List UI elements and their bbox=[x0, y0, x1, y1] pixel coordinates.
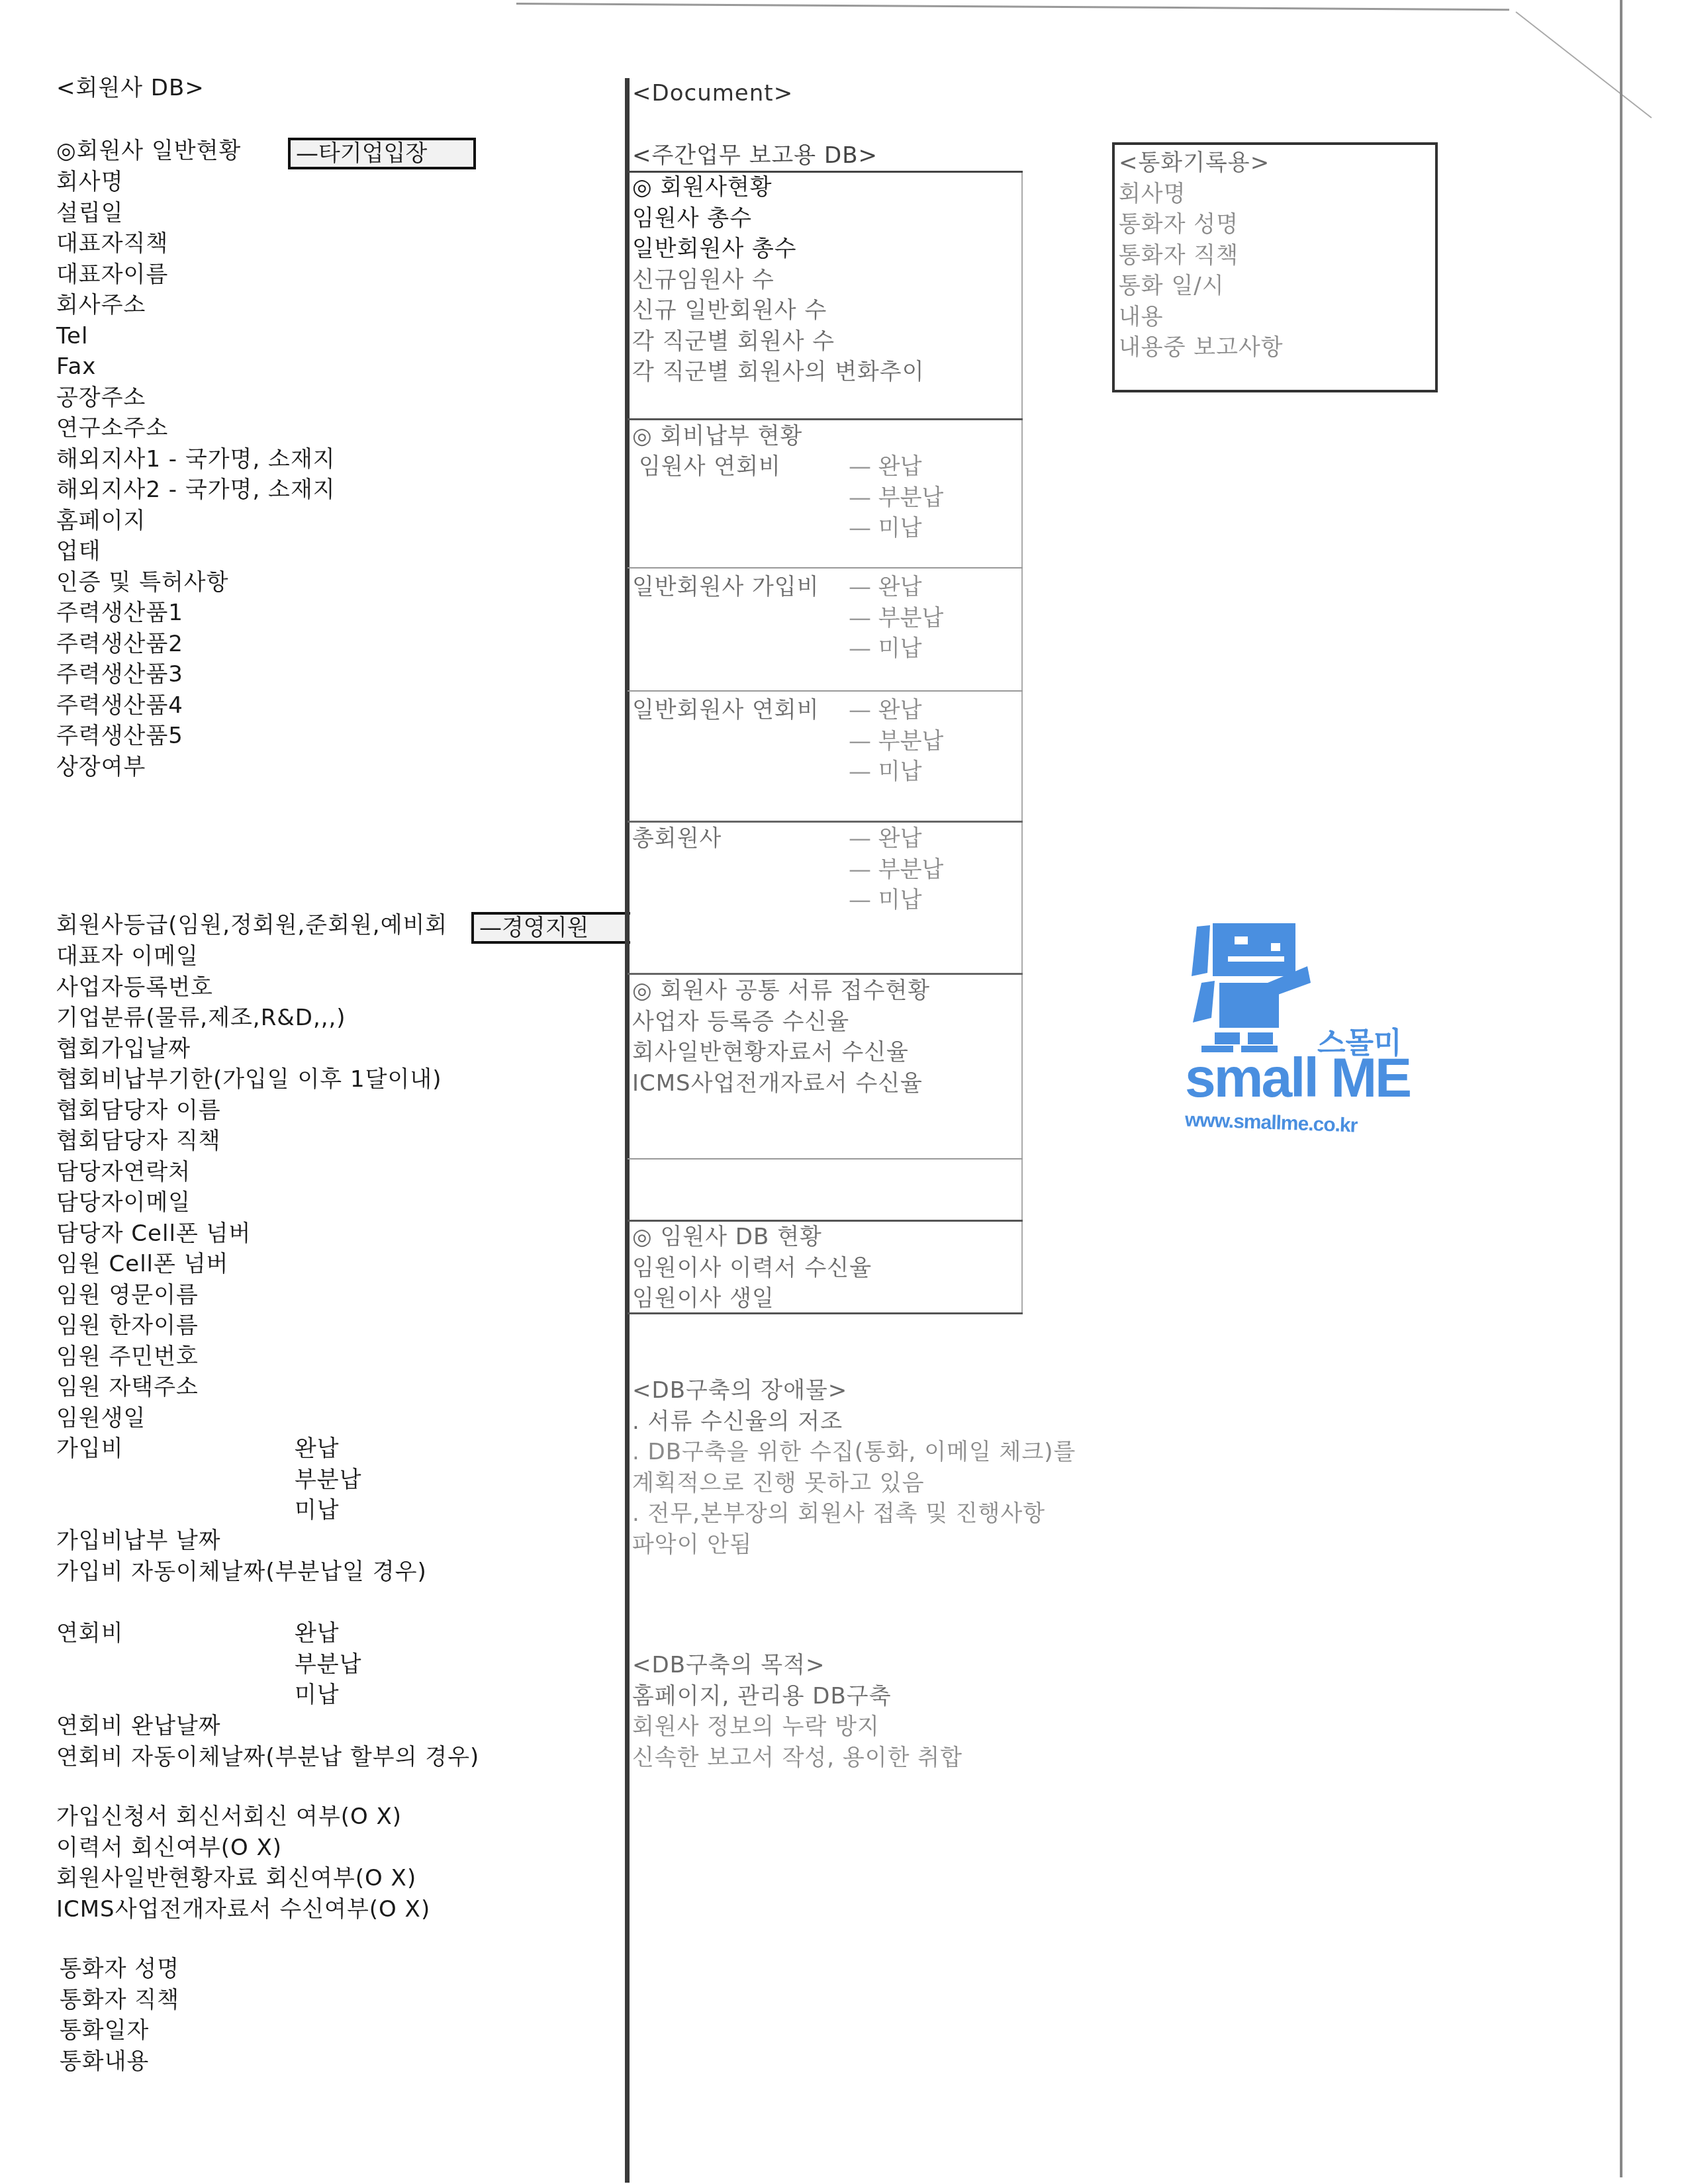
top-fold-line bbox=[516, 3, 1509, 11]
list-item: 기업분류(물류,제조,R&D,,,) bbox=[56, 1003, 442, 1034]
option-paid: 완납 bbox=[849, 451, 943, 482]
list-item: 이력서 회신여부(O X) bbox=[56, 1833, 430, 1864]
section-heading: ◎ 임원사 DB 현황 bbox=[632, 1222, 872, 1253]
call-list: 통화자 성명 통화자 직책 통화일자 통화내용 bbox=[60, 1954, 179, 2077]
section-title: <DB구축의 목적> bbox=[632, 1650, 962, 1681]
list-item: . 서류 수신율의 저조 bbox=[632, 1406, 1076, 1437]
section-heading: ◎ 회원사 공통 서류 접수현황 bbox=[632, 976, 930, 1007]
list-item: 홈페이지 bbox=[56, 506, 336, 537]
corner-fold-line bbox=[1515, 11, 1652, 118]
logo-brand: small ME bbox=[1185, 1046, 1410, 1110]
list-item: 각 직군별 회원사 수 bbox=[632, 326, 925, 357]
list-item: . DB구축을 위한 수집(통화, 이메일 체크)를 bbox=[632, 1437, 1076, 1468]
general-status-list: 회사명 설립일 대표자직책 대표자이름 회사주소 Tel Fax 공장주소 연구… bbox=[56, 167, 336, 782]
list-item: 회사일반현황자료서 수신율 bbox=[632, 1037, 930, 1068]
list-item: 연구소주소 bbox=[56, 413, 336, 444]
section-heading: ◎ 회원사현황 bbox=[632, 172, 925, 203]
option-partial: 부분납 bbox=[849, 726, 943, 757]
list-item: 주력생산품2 bbox=[56, 629, 336, 660]
list-item: 주력생산품5 bbox=[56, 721, 336, 752]
list-item: 임원 Cell폰 넘버 bbox=[56, 1249, 442, 1280]
member-grade-item: 회원사등급(임원,정회원,준회원,예비회 bbox=[56, 910, 473, 941]
option-paid: 완납 bbox=[849, 695, 943, 726]
list-item: 통화내용 bbox=[60, 2046, 179, 2077]
logo-url: www.smallme.co.kr bbox=[1184, 1109, 1357, 1137]
list-item: 해외지사1 - 국가명, 소재지 bbox=[56, 444, 336, 475]
divider bbox=[628, 690, 1023, 692]
list-item: 회사명 bbox=[56, 167, 336, 198]
list-item: 회사명 bbox=[1119, 179, 1431, 210]
list-item: 통화 일/시 bbox=[1119, 271, 1431, 302]
annual-fee-options: 완납 부분납 미납 bbox=[295, 1618, 362, 1711]
list-item: 협회담당자 이름 bbox=[56, 1095, 442, 1126]
list-item: 회원사 정보의 누락 방지 bbox=[632, 1711, 962, 1743]
option-unpaid: 미납 bbox=[849, 756, 943, 788]
option-partial: 부분납 bbox=[295, 1465, 362, 1496]
fee-status-heading: ◎ 회비납부 현황 bbox=[632, 421, 802, 452]
list-item: 임원생일 bbox=[56, 1403, 442, 1434]
management-list: 대표자 이메일 사업자등록번호 기업분류(물류,제조,R&D,,,) 협회가입날… bbox=[56, 941, 442, 1433]
list-item: 가입신청서 회신서회신 여부(O X) bbox=[56, 1801, 430, 1833]
list-item: 연회비 자동이체날짜(부분납 할부의 경우) bbox=[56, 1742, 479, 1773]
list-item: 대표자직책 bbox=[56, 228, 336, 259]
box-title: <통화기록용> bbox=[1119, 148, 1431, 179]
weekly-box-right-border bbox=[1021, 171, 1023, 1314]
divider bbox=[628, 418, 1023, 420]
left-title: <회원사 DB> bbox=[56, 73, 205, 104]
fee-group-options: 완납 부분납 미납 bbox=[849, 451, 943, 544]
fee-group-label: 일반회원사 연회비 bbox=[632, 695, 820, 726]
list-item: 임원이사 이력서 수신율 bbox=[632, 1253, 872, 1284]
list-item: 설립일 bbox=[56, 198, 336, 229]
join-fee-label: 가입비 bbox=[56, 1433, 124, 1465]
list-item: 파악이 안됨 bbox=[632, 1529, 1076, 1561]
list-item: 주력생산품3 bbox=[56, 659, 336, 690]
list-item: 주력생산품4 bbox=[56, 690, 336, 721]
option-unpaid: 미납 bbox=[849, 633, 943, 664]
list-item: 통화일자 bbox=[60, 2015, 179, 2046]
right-edge-line bbox=[1620, 0, 1622, 2177]
list-item: 내용중 보고사항 bbox=[1119, 332, 1431, 363]
fee-group-options: 완납 부분납 미납 bbox=[849, 572, 943, 664]
list-item: 주력생산품1 bbox=[56, 598, 336, 629]
call-record-box: <통화기록용> 회사명 통화자 성명 통화자 직책 통화 일/시 내용 내용중 … bbox=[1112, 142, 1438, 392]
list-item: 회사주소 bbox=[56, 290, 336, 321]
reply-list: 가입신청서 회신서회신 여부(O X) 이력서 회신여부(O X) 회원사일반현… bbox=[56, 1801, 430, 1925]
join-fee-after: 가입비납부 날짜 가입비 자동이체날짜(부분납일 경우) bbox=[56, 1525, 427, 1587]
list-item: Tel bbox=[56, 321, 336, 352]
document-title: <Document> bbox=[632, 78, 793, 109]
list-item: 업태 bbox=[56, 536, 336, 567]
option-partial: 부분납 bbox=[849, 854, 943, 886]
list-item: 담당자이메일 bbox=[56, 1187, 442, 1218]
list-item: 통화자 직책 bbox=[60, 1985, 179, 2016]
list-item: 상장여부 bbox=[56, 752, 336, 783]
weekly-db-title: <주간업무 보고용 DB> bbox=[632, 140, 878, 171]
list-item: 대표자 이메일 bbox=[56, 941, 442, 972]
divider bbox=[628, 567, 1023, 569]
management-support-tag: —경영지원 bbox=[471, 912, 630, 944]
option-paid: 완납 bbox=[849, 823, 943, 854]
list-item: 담당자연락처 bbox=[56, 1157, 442, 1188]
option-partial: 부분납 bbox=[295, 1649, 362, 1680]
member-status-section: ◎ 회원사현황 임원사 총수 일반회원사 총수 신규임원사 수 신규 일반회원사… bbox=[632, 172, 925, 388]
option-unpaid: 미납 bbox=[295, 1680, 362, 1711]
general-status-heading: ◎회원사 일반현황 bbox=[56, 136, 241, 167]
list-item: 홈페이지, 관리용 DB구축 bbox=[632, 1681, 962, 1712]
list-item: 가입비 자동이체날짜(부분납일 경우) bbox=[56, 1557, 427, 1588]
list-item: 회원사일반현황자료 회신여부(O X) bbox=[56, 1863, 430, 1894]
list-item: 각 직군별 회원사의 변화추이 bbox=[632, 357, 925, 388]
divider bbox=[628, 973, 1023, 975]
list-item: Fax bbox=[56, 351, 336, 383]
fee-group-label: 임원사 연회비 bbox=[639, 451, 781, 482]
list-item: 임원 주민번호 bbox=[56, 1342, 442, 1373]
list-item: 연회비 완납날짜 bbox=[56, 1711, 479, 1742]
divider bbox=[628, 1312, 1023, 1314]
fee-group-options: 완납 부분납 미납 bbox=[849, 823, 943, 916]
option-paid: 완납 bbox=[295, 1433, 362, 1465]
list-item: 임원사 총수 bbox=[632, 203, 925, 234]
fee-group-label: 총회원사 bbox=[632, 823, 722, 854]
list-item: ICMS사업전개자료서 수신여부(O X) bbox=[56, 1894, 430, 1925]
option-unpaid: 미납 bbox=[849, 513, 943, 544]
list-item: 협회비납부기한(가입일 이후 1달이내) bbox=[56, 1064, 442, 1095]
section-title: <DB구축의 장애물> bbox=[632, 1375, 1076, 1406]
option-unpaid: 미납 bbox=[295, 1495, 362, 1526]
list-item: 협회가입날짜 bbox=[56, 1034, 442, 1065]
column-divider bbox=[625, 78, 630, 2183]
robot-mascot-icon bbox=[1185, 920, 1317, 1052]
list-item: ICMS사업전개자료서 수신율 bbox=[632, 1068, 930, 1099]
option-paid: 완납 bbox=[849, 572, 943, 603]
divider bbox=[628, 821, 1023, 823]
list-item: 통화자 성명 bbox=[60, 1954, 179, 1985]
list-item: 신규 일반회원사 수 bbox=[632, 295, 925, 326]
fee-group-label: 일반회원사 가입비 bbox=[632, 572, 820, 603]
list-item: 해외지사2 - 국가명, 소재지 bbox=[56, 475, 336, 506]
list-item: 통화자 성명 bbox=[1119, 209, 1431, 240]
option-partial: 부분납 bbox=[849, 603, 943, 634]
list-item: 통화자 직책 bbox=[1119, 240, 1431, 271]
obstacles-section: <DB구축의 장애물> . 서류 수신율의 저조 . DB구축을 위한 수집(통… bbox=[632, 1375, 1076, 1560]
docs-status-section: ◎ 회원사 공통 서류 접수현황 사업자 등록증 수신율 회사일반현황자료서 수… bbox=[632, 976, 930, 1099]
list-item: 임원 자택주소 bbox=[56, 1372, 442, 1403]
list-item: 임원 영문이름 bbox=[56, 1280, 442, 1311]
list-item: 협회담당자 직책 bbox=[56, 1126, 442, 1157]
list-item: 담당자 Cell폰 넘버 bbox=[56, 1218, 442, 1250]
option-unpaid: 미납 bbox=[849, 885, 943, 916]
list-item: 계획적으로 진행 못하고 있음 bbox=[632, 1468, 1076, 1499]
list-item: 대표자이름 bbox=[56, 259, 336, 291]
list-item: 가입비납부 날짜 bbox=[56, 1525, 427, 1557]
list-item: 신속한 보고서 작성, 용이한 취합 bbox=[632, 1743, 962, 1774]
other-company-tag: —타기업입장 bbox=[288, 138, 476, 169]
list-item: 사업자등록번호 bbox=[56, 972, 442, 1003]
list-item: 일반회원사 총수 bbox=[632, 234, 925, 265]
list-item: 임원 한자이름 bbox=[56, 1310, 442, 1342]
list-item: 신규임원사 수 bbox=[632, 265, 925, 296]
list-item: 인증 및 특허사항 bbox=[56, 567, 336, 598]
annual-fee-label: 연회비 bbox=[56, 1618, 124, 1649]
annual-fee-after: 연회비 완납날짜 연회비 자동이체날짜(부분납 할부의 경우) bbox=[56, 1711, 479, 1772]
list-item: 내용 bbox=[1119, 302, 1431, 333]
option-paid: 완납 bbox=[295, 1618, 362, 1649]
list-item: . 전무,본부장의 회원사 접촉 및 진행사항 bbox=[632, 1498, 1076, 1529]
divider bbox=[628, 1158, 1023, 1160]
list-item: 임원이사 생일 bbox=[632, 1283, 872, 1314]
option-partial: 부분납 bbox=[849, 482, 943, 514]
list-item: 공장주소 bbox=[56, 383, 336, 414]
exec-db-section: ◎ 임원사 DB 현황 임원이사 이력서 수신율 임원이사 생일 bbox=[632, 1222, 872, 1314]
list-item: 사업자 등록증 수신율 bbox=[632, 1007, 930, 1038]
join-fee-options: 완납 부분납 미납 bbox=[295, 1433, 362, 1526]
fee-group-options: 완납 부분납 미납 bbox=[849, 695, 943, 788]
smallme-logo: 스몰미 small ME www.smallme.co.kr bbox=[1185, 920, 1423, 1145]
purpose-section: <DB구축의 목적> 홈페이지, 관리용 DB구축 회원사 정보의 누락 방지 … bbox=[632, 1650, 962, 1773]
